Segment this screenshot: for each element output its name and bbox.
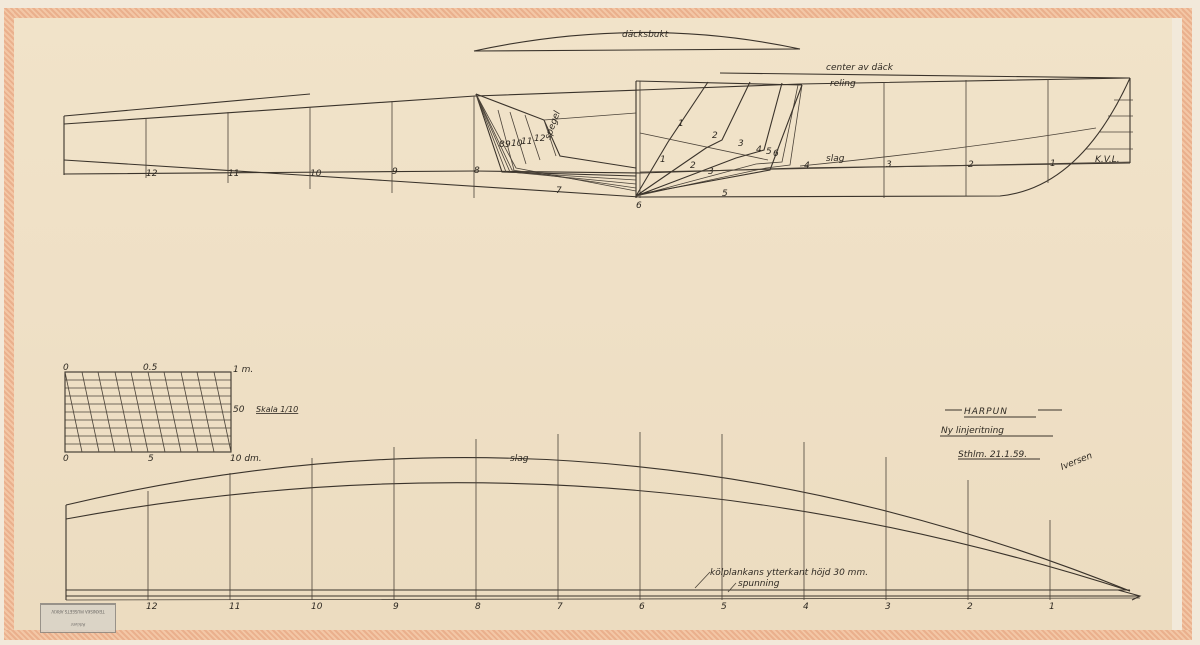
plan-station-label: 11 bbox=[229, 602, 240, 612]
fwd-section-label: 1 bbox=[678, 119, 684, 129]
body-plan: 8 9 10 11 12 spegel 1 2 3 4 5 6 bbox=[476, 81, 1130, 198]
plan-station-label: 2 bbox=[967, 602, 973, 612]
plan-station-label: 7 bbox=[557, 602, 563, 612]
waterline-mark: 2 bbox=[690, 161, 696, 171]
scale-label: 1 m. bbox=[233, 365, 253, 375]
aft-section-label: 11 bbox=[521, 137, 532, 147]
fwd-section-label: 3 bbox=[738, 139, 744, 149]
profile-station-label: 12 bbox=[146, 169, 158, 179]
plan-station-label: 10 bbox=[311, 602, 323, 612]
scale-label: 0 bbox=[63, 363, 69, 373]
gunwale-label: reling bbox=[830, 79, 856, 89]
scale-title: Skala 1/10 bbox=[256, 405, 298, 414]
chine-label-profile: slag bbox=[826, 154, 845, 164]
waterline-mark: 3 bbox=[708, 167, 714, 177]
profile-station-label: 5 bbox=[722, 189, 728, 199]
stamp-line: Arkivnr bbox=[41, 618, 115, 631]
fwd-section-label: 2 bbox=[712, 131, 718, 141]
plan-station-label: 3 bbox=[885, 602, 891, 612]
scale-label: 0 bbox=[63, 454, 69, 464]
profile-station-label: 8 bbox=[474, 166, 480, 176]
scale-label: 10 dm. bbox=[230, 454, 262, 464]
signature: Iversen bbox=[1059, 451, 1094, 473]
profile-station-label: 11 bbox=[228, 169, 239, 179]
keel-plank-note: kölplankans ytterkant höjd 30 mm. bbox=[710, 568, 868, 578]
plan-station-label: 5 bbox=[721, 602, 727, 612]
center-deck-label: center av däck bbox=[826, 63, 894, 73]
scale-label: 0.5 bbox=[143, 363, 158, 373]
drawing-subtitle: Ny linjeritning bbox=[941, 426, 1004, 436]
lines-drawing: däcksbukt center av däck reling slag bbox=[0, 0, 1200, 645]
chine-label-plan: slag bbox=[510, 454, 529, 464]
plan-station-label: 8 bbox=[475, 602, 481, 612]
plan-station-label: 6 bbox=[639, 602, 645, 612]
profile-station-label: 10 bbox=[310, 169, 322, 179]
deck-camber-label: däcksbukt bbox=[622, 30, 669, 40]
fwd-section-label: 6 bbox=[773, 149, 779, 159]
fwd-section-label: 4 bbox=[756, 145, 762, 155]
scale-grid: 0 0.5 1 m. 50 0 5 10 dm. Skala 1/10 bbox=[63, 363, 298, 464]
stamp-line: TEKNISKA MUSEETS ARKIV bbox=[41, 604, 115, 618]
plan-station-label: 12 bbox=[146, 602, 158, 612]
rabbet-note: spunning bbox=[738, 579, 780, 589]
dwl-label: K.V.L. bbox=[1095, 155, 1120, 165]
profile-station-label: 4 bbox=[804, 161, 810, 171]
drawing-sheet: däcksbukt center av däck reling slag bbox=[0, 0, 1200, 645]
plan-station-label: 9 bbox=[393, 602, 399, 612]
plan-station-label: 1 bbox=[1049, 602, 1055, 612]
plan-station-label: 4 bbox=[803, 602, 809, 612]
profile-view: center av däck reling slag K.V.L. bbox=[64, 63, 1133, 211]
profile-station-label: 7 bbox=[556, 186, 562, 196]
waterline-mark: 1 bbox=[660, 155, 666, 165]
scale-label: 50 bbox=[233, 405, 245, 415]
fwd-section-label: 5 bbox=[766, 147, 772, 157]
title-block: HARPUN Ny linjeritning Sthlm. 21.1.59. I… bbox=[940, 407, 1094, 473]
profile-station-label: 6 bbox=[636, 201, 642, 211]
scale-label: 5 bbox=[148, 454, 154, 464]
deck-camber-curve: däcksbukt bbox=[474, 30, 800, 51]
profile-station-label: 9 bbox=[392, 167, 398, 177]
boat-name: HARPUN bbox=[964, 407, 1008, 417]
profile-station-label: 3 bbox=[886, 160, 892, 170]
archive-stamp: TEKNISKA MUSEETS ARKIV Arkivnr bbox=[40, 603, 116, 633]
